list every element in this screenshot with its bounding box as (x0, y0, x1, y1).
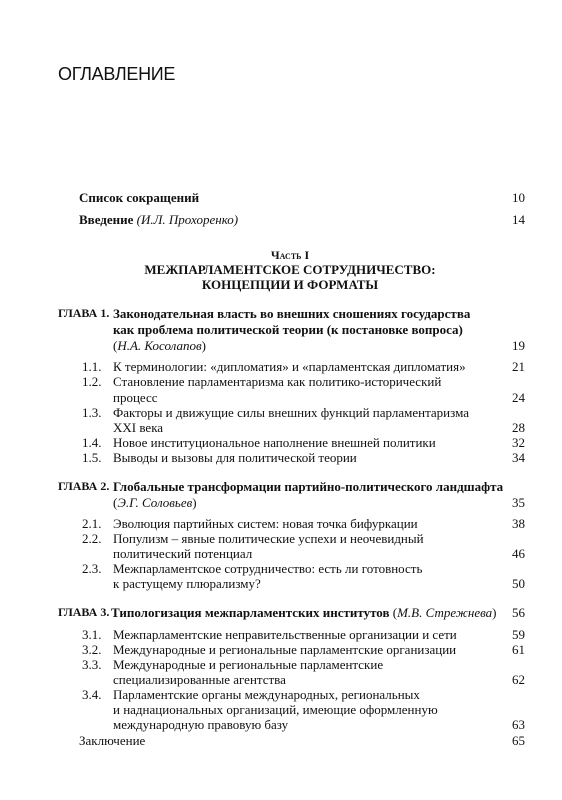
section-number: 2.1. (82, 516, 102, 532)
part-label: Часть I (60, 248, 520, 263)
section-2-3-line1[interactable]: Межпарламентское сотрудничество: есть ли… (113, 561, 422, 577)
chapter-1-title-line2[interactable]: как проблема политической теории (к пост… (113, 322, 463, 338)
page-number: 19 (495, 338, 525, 354)
section-2-2-line2[interactable]: политический потенциал (113, 546, 252, 562)
section-3-2[interactable]: Международные и региональные парламентск… (113, 642, 456, 658)
page-number: 35 (495, 495, 525, 511)
section-1-3-line1[interactable]: Факторы и движущие силы внешних функций … (113, 405, 469, 421)
toc-entry-conclusion[interactable]: Заключение (79, 733, 145, 749)
section-3-4-line2[interactable]: и наднациональных организаций, имеющие о… (113, 702, 438, 718)
entry-author: (И.Л. Прохоренко) (137, 212, 238, 227)
section-3-3-line2[interactable]: специализированные агентства (113, 672, 286, 688)
section-number: 1.4. (82, 435, 102, 451)
page-number: 24 (495, 390, 525, 406)
chapter-1-label: ГЛАВА 1. (58, 306, 109, 321)
section-1-4[interactable]: Новое институциональное наполнение внешн… (113, 435, 436, 451)
section-number: 3.1. (82, 627, 102, 643)
page-number: 50 (495, 576, 525, 592)
section-3-4-line1[interactable]: Парламентские органы международных, реги… (113, 687, 420, 703)
section-number: 1.2. (82, 374, 102, 390)
page-number: 14 (495, 212, 525, 228)
page-number: 56 (495, 605, 525, 621)
section-1-1[interactable]: К терминологии: «дипломатия» и «парламен… (113, 359, 466, 375)
page-number: 10 (495, 190, 525, 206)
page-number: 62 (495, 672, 525, 688)
section-1-5[interactable]: Выводы и вызовы для политической теории (113, 450, 357, 466)
section-number: 2.2. (82, 531, 102, 547)
chapter-1-author: (Н.А. Косолапов) (113, 338, 206, 354)
page-number: 21 (495, 359, 525, 375)
section-number: 3.4. (82, 687, 102, 703)
page-number: 65 (495, 733, 525, 749)
page-number: 32 (495, 435, 525, 451)
chapter-2-label: ГЛАВА 2. (58, 479, 109, 494)
toc-entry-abbreviations[interactable]: Список сокращений (79, 190, 199, 206)
chapter-2-author: (Э.Г. Соловьев) (113, 495, 197, 511)
page-number: 63 (495, 717, 525, 733)
page-number: 34 (495, 450, 525, 466)
chapter-2-title[interactable]: Глобальные трансформации партийно-полити… (113, 479, 503, 495)
section-number: 1.1. (82, 359, 102, 375)
section-2-3-line2[interactable]: к растущему плюрализму? (113, 576, 261, 592)
page-number: 38 (495, 516, 525, 532)
section-number: 3.3. (82, 657, 102, 673)
section-3-4-line3[interactable]: международную правовую базу (113, 717, 288, 733)
page-heading: ОГЛАВЛЕНИЕ (58, 64, 175, 85)
section-3-3-line1[interactable]: Международные и региональные парламентск… (113, 657, 383, 673)
section-1-2-line1[interactable]: Становление парламентаризма как политико… (113, 374, 441, 390)
section-2-1[interactable]: Эволюция партийных систем: новая точка б… (113, 516, 418, 532)
page-number: 59 (495, 627, 525, 643)
section-1-3-line2[interactable]: XXI века (113, 420, 163, 436)
section-number: 3.2. (82, 642, 102, 658)
page-number: 46 (495, 546, 525, 562)
chapter-3-title[interactable]: Типологизация межпарламентских институто… (111, 605, 497, 621)
section-1-2-line2[interactable]: процесс (113, 390, 158, 406)
part-title-line2: КОНЦЕПЦИИ И ФОРМАТЫ (60, 277, 520, 293)
chapter-1-title-line1[interactable]: Законодательная власть во внешних сношен… (113, 306, 470, 322)
section-number: 1.5. (82, 450, 102, 466)
section-number: 1.3. (82, 405, 102, 421)
section-number: 2.3. (82, 561, 102, 577)
entry-title: Список сокращений (79, 190, 199, 205)
page-number: 61 (495, 642, 525, 658)
toc-entry-introduction[interactable]: Введение (И.Л. Прохоренко) (79, 212, 238, 228)
part-title-line1: МЕЖПАРЛАМЕНТСКОЕ СОТРУДНИЧЕСТВО: (60, 262, 520, 278)
page-number: 28 (495, 420, 525, 436)
chapter-3-label: ГЛАВА 3. (58, 605, 109, 620)
entry-title: Введение (79, 212, 133, 227)
section-2-2-line1[interactable]: Популизм – явные политические успехи и н… (113, 531, 424, 547)
section-3-1[interactable]: Межпарламентские неправительственные орг… (113, 627, 457, 643)
